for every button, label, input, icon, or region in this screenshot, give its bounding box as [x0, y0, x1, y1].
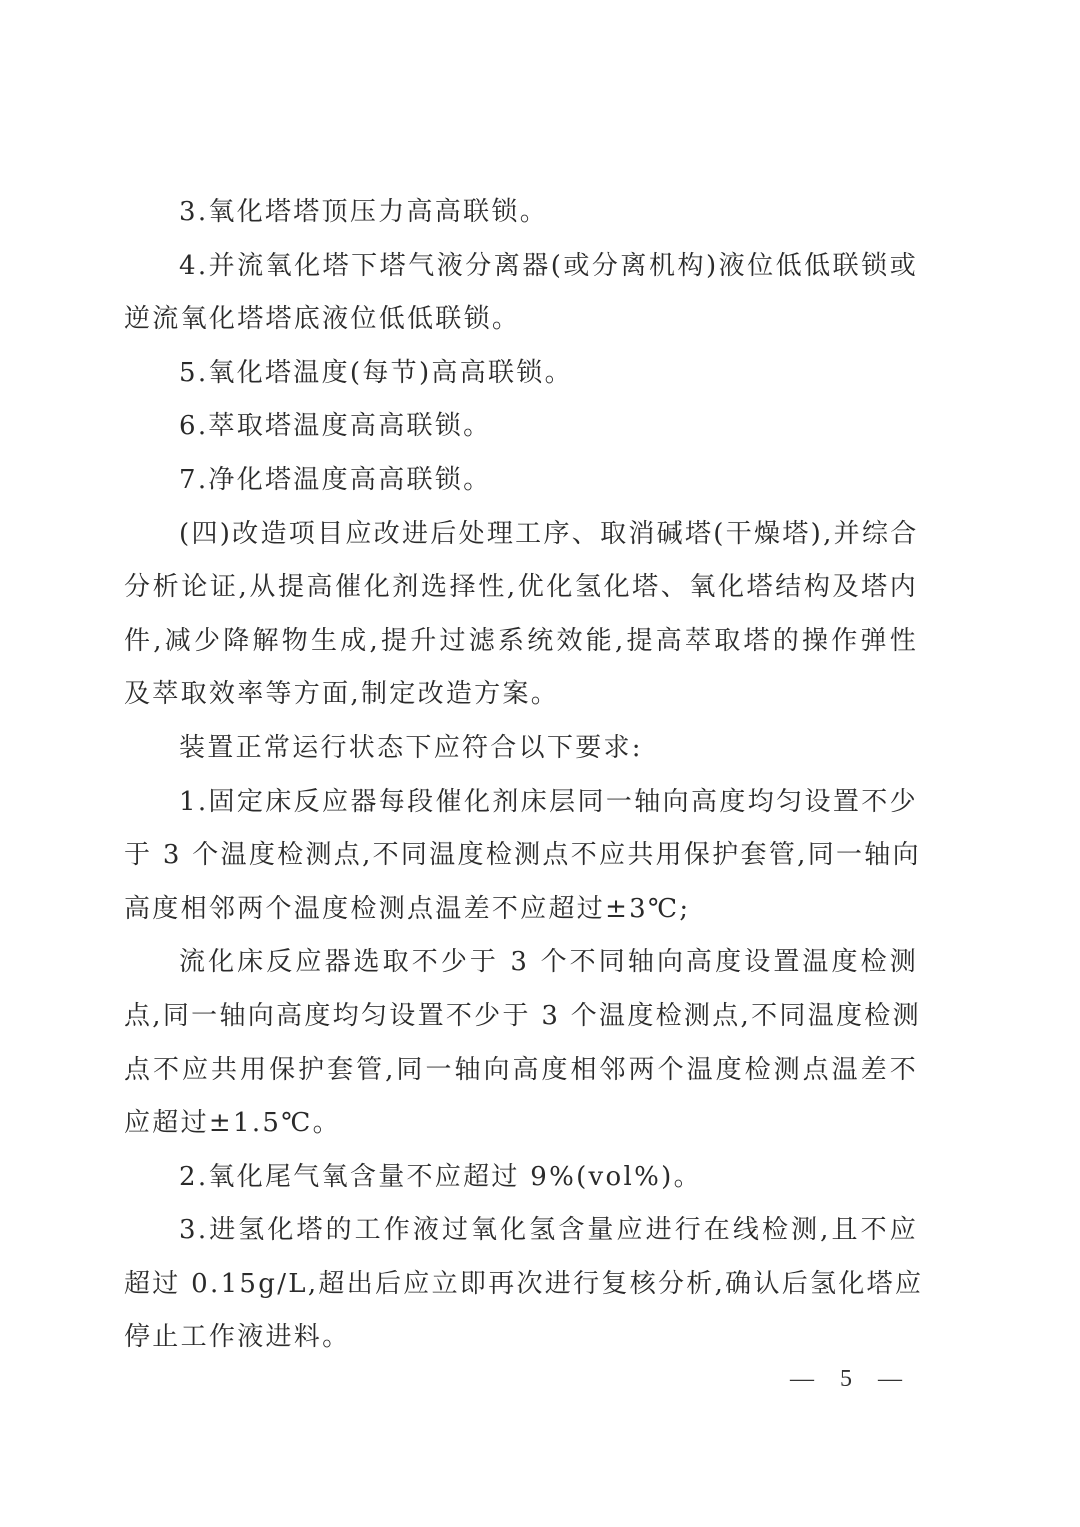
- section-4-line-3: 件,减少降解物生成,提升过滤系统效能,提高萃取塔的操作弹性: [124, 615, 918, 669]
- req-1-fluidized-bed-line-4: 应超过±1.5℃。: [124, 1097, 920, 1151]
- item-6-line-1: 6.萃取塔温度高高联锁。: [124, 400, 920, 454]
- item-5-line-1: 5.氧化塔温度(每节)高高联锁。: [124, 347, 920, 401]
- req-3-line-3: 停止工作液进料。: [124, 1311, 920, 1365]
- section-4-line-2: 分析论证,从提高催化剂选择性,优化氢化塔、氧化塔结构及塔内: [124, 561, 918, 615]
- item-4-line-2: 逆流氧化塔塔底液位低低联锁。: [124, 293, 920, 347]
- req-3-line-1: 3.进氢化塔的工作液过氧化氢含量应进行在线检测,且不应: [124, 1204, 918, 1258]
- req-1-fluidized-bed-line-2: 点,同一轴向高度均匀设置不少于 3 个温度检测点,不同温度检测: [124, 990, 918, 1044]
- item-4-line-1: 4.并流氧化塔下塔气液分离器(或分离机构)液位低低联锁或: [124, 240, 918, 294]
- section-4-line-1: (四)改造项目应改进后处理工序、取消碱塔(干燥塔),并综合: [124, 508, 918, 562]
- normal-operation-intro: 装置正常运行状态下应符合以下要求:: [124, 722, 920, 776]
- req-1-fluidized-bed-line-3: 点不应共用保护套管,同一轴向高度相邻两个温度检测点温差不: [124, 1044, 918, 1098]
- req-1-fixed-bed-line-2: 于 3 个温度检测点,不同温度检测点不应共用保护套管,同一轴向: [124, 829, 918, 883]
- req-1-fixed-bed-line-1: 1.固定床反应器每段催化剂床层同一轴向高度均匀设置不少: [124, 776, 918, 830]
- item-7-line-1: 7.净化塔温度高高联锁。: [124, 454, 920, 508]
- page-number: — 5 —: [790, 1366, 912, 1393]
- document-body: 3.氧化塔塔顶压力高高联锁。 4.并流氧化塔下塔气液分离器(或分离机构)液位低低…: [124, 186, 920, 1365]
- req-1-fixed-bed-line-3: 高度相邻两个温度检测点温差不应超过±3℃;: [124, 883, 920, 937]
- section-4-line-4: 及萃取效率等方面,制定改造方案。: [124, 668, 920, 722]
- req-2-line-1: 2.氧化尾气氧含量不应超过 9%(vol%)。: [124, 1151, 920, 1205]
- req-1-fluidized-bed-line-1: 流化床反应器选取不少于 3 个不同轴向高度设置温度检测: [124, 936, 918, 990]
- item-3-line-1: 3.氧化塔塔顶压力高高联锁。: [124, 186, 920, 240]
- req-3-line-2: 超过 0.15g/L,超出后应立即再次进行复核分析,确认后氢化塔应: [124, 1258, 918, 1312]
